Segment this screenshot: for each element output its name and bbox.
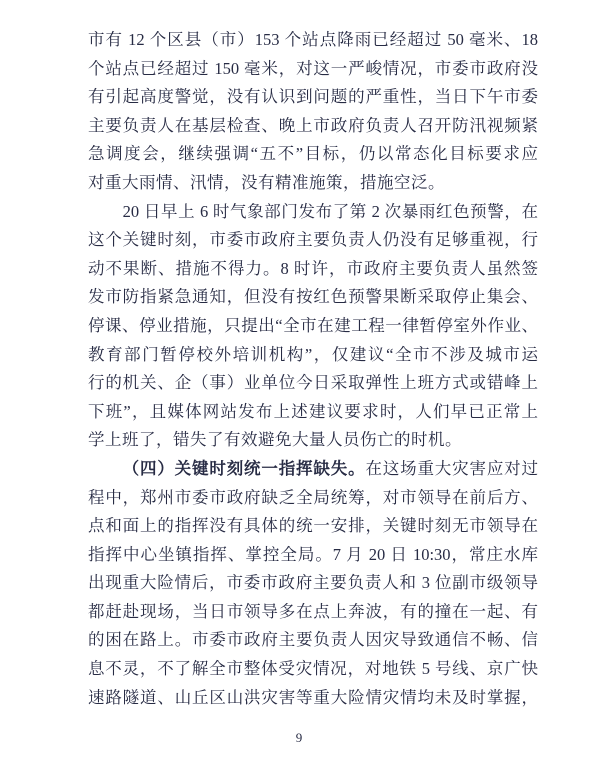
text-line: 对重大雨情、汛情，没有精准施策，措施空泛。 (88, 169, 538, 198)
text-line: 个站点已经超过 150 毫米，对这一严峻情况，市委市政府没 (88, 55, 538, 84)
text-line: 有引起高度警觉，没有认识到问题的严重性，当日下午市委 (88, 83, 538, 112)
text-line: 教育部门暂停校外培训机构”，仅建议“全市不涉及城市运 (88, 341, 538, 370)
text-line: 动不果断、措施不得力。8 时许，市政府主要负责人虽然签 (88, 255, 538, 284)
text-line: 市有 12 个区县（市）153 个站点降雨已经超过 50 毫米、18 (88, 26, 538, 55)
document-page: 市有 12 个区县（市）153 个站点降雨已经超过 50 毫米、18 个站点已经… (0, 0, 598, 779)
text-line: 出现重大险情后，市委市政府主要负责人和 3 位副市级领导 (88, 569, 538, 598)
line-text: 都赶赴现场，当日市领导多在点上奔波，有的撞在一起、有 (88, 602, 538, 621)
line-text: 动不果断、措施不得力。8 时许，市政府主要负责人虽然签 (88, 259, 538, 278)
line-text: 发市防指紧急通知，但没有按红色预警果断采取停止集会、 (88, 287, 538, 306)
text-block: 市有 12 个区县（市）153 个站点降雨已经超过 50 毫米、18 个站点已经… (88, 26, 538, 712)
line-text: 20 日早上 6 时气象部门发布了第 2 次暴雨红色预警，在 (123, 202, 538, 221)
line-text: 点和面上的指挥没有具体的统一安排，关键时刻无市领导在 (88, 516, 538, 535)
line-text: 教育部门暂停校外培训机构”，仅建议“全市不涉及城市运 (88, 345, 538, 364)
line-text: 下班”，且媒体网站发布上述建议要求时，人们早已正常上 (88, 402, 538, 421)
line-text: 主要负责人在基层检查、晚上市政府负责人召开防汛视频紧 (88, 116, 538, 135)
line-text: 速路隧道、山丘区山洪灾害等重大险情灾情均未及时掌握， (88, 688, 538, 707)
text-line: 20 日早上 6 时气象部门发布了第 2 次暴雨红色预警，在 (88, 198, 538, 227)
text-line: 主要负责人在基层检查、晚上市政府负责人召开防汛视频紧 (88, 112, 538, 141)
line-text: 学上班了，错失了有效避免大量人员伤亡的时机。 (88, 430, 462, 449)
text-line: 下班”，且媒体网站发布上述建议要求时，人们早已正常上 (88, 398, 538, 427)
line-text: 对重大雨情、汛情，没有精准施策，措施空泛。 (88, 173, 445, 192)
bold-lead-text: （四）关键时刻统一指挥缺失。 (123, 459, 366, 478)
line-text: 出现重大险情后，市委市政府主要负责人和 3 位副市级领导 (88, 573, 538, 592)
text-line: 停课、停业措施，只提出“全市在建工程一律暂停室外作业、 (88, 312, 538, 341)
line-text: 的困在路上。市委市政府主要负责人因灾导致通信不畅、信 (88, 630, 538, 649)
line-text: 这个关键时刻，市委市政府主要负责人仍没有足够重视，行 (88, 230, 538, 249)
text-line: 行的机关、企（事）业单位今日采取弹性上班方式或错峰上 (88, 369, 538, 398)
text-line: 速路隧道、山丘区山洪灾害等重大险情灾情均未及时掌握， (88, 684, 538, 713)
text-line: 息不灵，不了解全市整体受灾情况，对地铁 5 号线、京广快 (88, 655, 538, 684)
text-line: 都赶赴现场，当日市领导多在点上奔波，有的撞在一起、有 (88, 598, 538, 627)
line-text: 市有 12 个区县（市）153 个站点降雨已经超过 50 毫米、18 (88, 30, 538, 49)
text-line: （四）关键时刻统一指挥缺失。在这场重大灾害应对过 (88, 455, 538, 484)
page-number: 9 (0, 728, 598, 748)
line-text: 有引起高度警觉，没有认识到问题的严重性，当日下午市委 (88, 87, 538, 106)
text-line: 的困在路上。市委市政府主要负责人因灾导致通信不畅、信 (88, 626, 538, 655)
line-text: 在这场重大灾害应对过 (365, 459, 538, 478)
line-text: 息不灵，不了解全市整体受灾情况，对地铁 5 号线、京广快 (88, 659, 538, 678)
text-line: 程中，郑州市委市政府缺乏全局统筹，对市领导在前后方、 (88, 484, 538, 513)
line-text: 行的机关、企（事）业单位今日采取弹性上班方式或错峰上 (88, 373, 538, 392)
line-text: 程中，郑州市委市政府缺乏全局统筹，对市领导在前后方、 (88, 488, 538, 507)
text-line: 指挥中心坐镇指挥、掌控全局。7 月 20 日 10:30，常庄水库 (88, 541, 538, 570)
text-line: 急调度会，继续强调“五不”目标，仍以常态化目标要求应 (88, 140, 538, 169)
text-line: 学上班了，错失了有效避免大量人员伤亡的时机。 (88, 426, 538, 455)
line-text: 个站点已经超过 150 毫米，对这一严峻情况，市委市政府没 (88, 59, 538, 78)
text-line: 这个关键时刻，市委市政府主要负责人仍没有足够重视，行 (88, 226, 538, 255)
line-text: 急调度会，继续强调“五不”目标，仍以常态化目标要求应 (88, 144, 538, 163)
line-text: 停课、停业措施，只提出“全市在建工程一律暂停室外作业、 (88, 316, 538, 335)
text-line: 点和面上的指挥没有具体的统一安排，关键时刻无市领导在 (88, 512, 538, 541)
text-line: 发市防指紧急通知，但没有按红色预警果断采取停止集会、 (88, 283, 538, 312)
line-text: 指挥中心坐镇指挥、掌控全局。7 月 20 日 10:30，常庄水库 (88, 545, 538, 564)
